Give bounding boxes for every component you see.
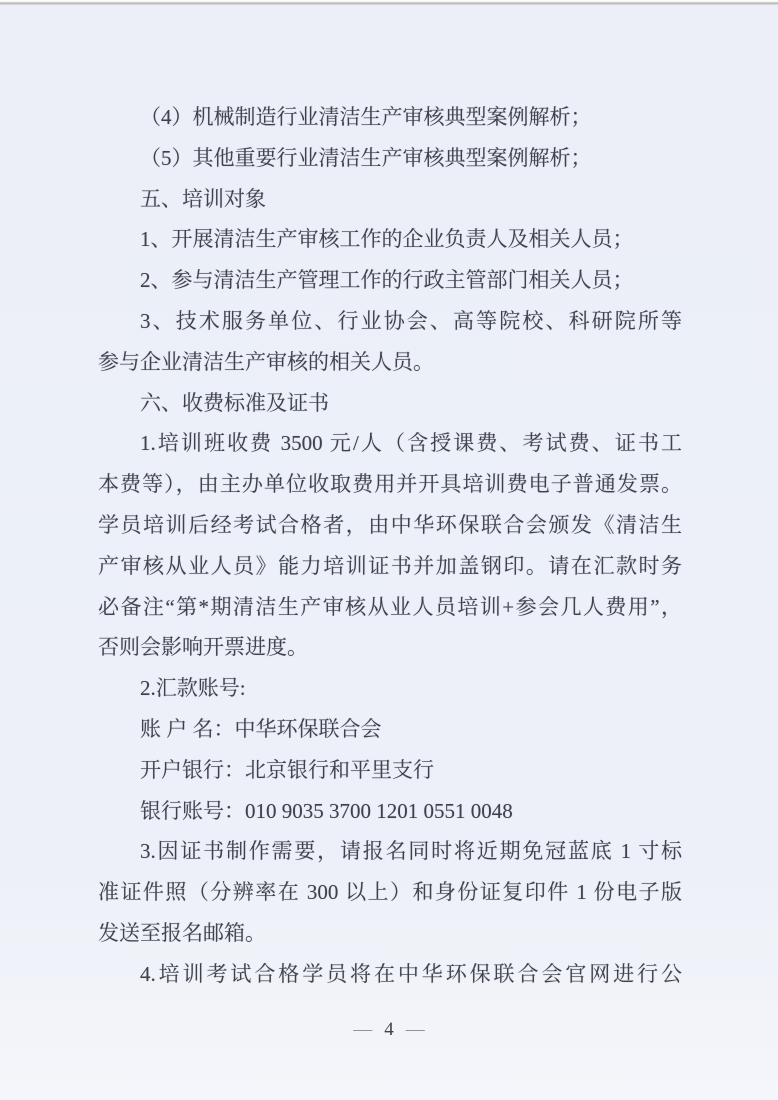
page-number-dash-right: —	[406, 1019, 425, 1040]
doc-line: 本费等），由主办单位收取费用并开具培训费电子普通发票。	[98, 464, 682, 505]
scanned-document-page: （4）机械制造行业清洁生产审核典型案例解析； （5）其他重要行业清洁生产审核典型…	[0, 0, 778, 1100]
doc-line: （4）机械制造行业清洁生产审核典型案例解析；	[98, 97, 682, 138]
doc-line: 3.因证书制作需要，请报名同时将近期免冠蓝底 1 寸标	[98, 831, 682, 872]
doc-line: 1、开展清洁生产审核工作的企业负责人及相关人员；	[98, 219, 682, 260]
doc-line: 否则会影响开票进度。	[98, 627, 682, 668]
doc-line: 必备注“第*期清洁生产审核从业人员培训+参会几人费用”，	[98, 587, 682, 628]
document-body: （4）机械制造行业清洁生产审核典型案例解析； （5）其他重要行业清洁生产审核典型…	[98, 97, 682, 995]
doc-line: 准证件照（分辨率在 300 以上）和身份证复印件 1 份电子版	[98, 872, 682, 913]
page-number-value: 4	[384, 1019, 394, 1040]
doc-line: 产审核从业人员》能力培训证书并加盖钢印。请在汇款时务	[98, 546, 682, 587]
doc-line: 参与企业清洁生产审核的相关人员。	[98, 342, 682, 383]
page-number: —4—	[0, 1017, 778, 1043]
doc-line: 1.培训班收费 3500 元/人（含授课费、考试费、证书工	[98, 423, 682, 464]
doc-line: （5）其他重要行业清洁生产审核典型案例解析；	[98, 138, 682, 179]
section-heading-training-targets: 五、培训对象	[98, 179, 682, 220]
doc-line: 4.培训考试合格学员将在中华环保联合会官网进行公	[98, 954, 682, 995]
section-heading-fees-certificate: 六、收费标准及证书	[98, 383, 682, 424]
doc-line: 3、技术服务单位、行业协会、高等院校、科研院所等	[98, 301, 682, 342]
doc-line: 发送至报名邮箱。	[98, 913, 682, 954]
doc-line: 2、参与清洁生产管理工作的行政主管部门相关人员；	[98, 260, 682, 301]
account-name-line: 账 户 名：中华环保联合会	[98, 709, 682, 750]
scan-edge-artifact	[0, 0, 778, 5]
doc-line: 学员培训后经考试合格者，由中华环保联合会颁发《清洁生	[98, 505, 682, 546]
doc-line: 2.汇款账号:	[98, 668, 682, 709]
bank-account-number-line: 银行账号：010 9035 3700 1201 0551 0048	[98, 791, 682, 832]
page-number-dash-left: —	[353, 1019, 372, 1040]
bank-name-line: 开户银行：北京银行和平里支行	[98, 750, 682, 791]
